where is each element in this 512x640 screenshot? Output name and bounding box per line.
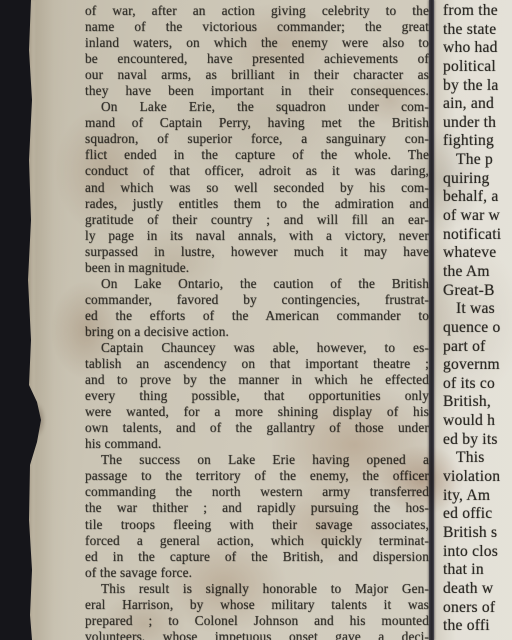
text-line: quiring [443,170,512,189]
text-line: that in [443,561,512,580]
text-line: ed in the capture of the British, and di… [85,549,429,565]
text-line: the offi [443,617,512,636]
text-line: into clos [443,543,512,562]
text-line: On Lake Ontario, the caution of the Brit… [85,276,429,292]
text-line: ed the efforts of the American commander… [85,308,429,324]
newspaper-scan: of war, after an action giving celebrity… [0,0,512,640]
text-line: rades, justly entitles them to the admir… [85,196,429,212]
text-line: would h [443,412,512,431]
text-line: from the [443,2,512,21]
text-line: ed by its [443,431,512,450]
paper-edge-crease [26,392,52,450]
newspaper-page: of war, after an action giving celebrity… [24,0,512,640]
text-line: were wanted, for a more shining display … [85,404,429,420]
text-line: the Am [443,263,512,282]
text-line: prepared ; to Colonel Johnson and his mo… [85,613,429,629]
text-line: every thing possible, that opportunities… [85,388,429,404]
text-line: squadron, of superior force, a sanguinar… [85,131,429,147]
text-line: of war w [443,207,512,226]
text-line: The success on Lake Erie having opened a [85,452,429,468]
text-line: been in magnitude. [85,260,429,276]
text-line: It was [443,300,512,319]
text-line: gratitude of their country ; and will fi… [85,212,429,228]
text-line: violation [443,468,512,487]
right-text-column-clipped: from thethe statewho hadpoliticalby the … [443,2,512,636]
text-line: tile troops fleeing with their savage as… [85,517,429,533]
text-line: the war thither ; and rapidly pursuing t… [85,500,429,516]
text-line: eral Harrison, by whose military talents… [85,597,429,613]
text-line: name of the victorious commander; the gr… [85,19,429,35]
text-line: Great-B [443,282,512,301]
text-line: own talents, and of the gallantry of tho… [85,420,429,436]
text-line: under th [443,114,512,133]
text-line: behalf, a [443,188,512,207]
text-line: of the savage force. [85,565,429,581]
text-line: The p [443,151,512,170]
paper-edge-shadow [24,0,86,640]
text-line: ity, Am [443,487,512,506]
column-divider-rule [429,0,434,640]
text-line: volunteers, whose impetuous onset gave a… [85,629,429,640]
text-line: tablish an ascendency on that important … [85,356,429,372]
text-line: passage to the territory of the enemy, t… [85,468,429,484]
text-line: part of [443,338,512,357]
text-line: they have been important in their conseq… [85,83,429,99]
text-line: mand of Captain Perry, having met the Br… [85,115,429,131]
text-line: Captain Chauncey was able, however, to e… [85,340,429,356]
text-line: whateve [443,244,512,263]
text-line: of its co [443,375,512,394]
text-line: who had [443,39,512,58]
text-line: and to prove by the manner in which he e… [85,372,429,388]
text-line: forced a general action, which quickly t… [85,533,429,549]
text-line: bring on a decisive action. [85,324,429,340]
text-line: inland waters, on which the enemy were a… [85,35,429,51]
text-line: by the la [443,77,512,96]
text-line: commanding the north western army transf… [85,484,429,500]
text-line: On Lake Erie, the squadron under com- [85,99,429,115]
text-line: our naval arms, as brilliant in their ch… [85,67,429,83]
text-line: and which was so well seconded by his co… [85,180,429,196]
left-text-column: of war, after an action giving celebrity… [85,3,429,640]
text-line: quence o [443,319,512,338]
text-line: surpassed in lustre, however much it may… [85,244,429,260]
text-line: ly page in its naval annals, with a vict… [85,228,429,244]
text-line: governm [443,356,512,375]
text-line: fighting [443,132,512,151]
text-line: death w [443,580,512,599]
text-line: of war, after an action giving celebrity… [85,3,429,19]
text-line: political [443,58,512,77]
text-line: British, [443,393,512,412]
text-line: notificati [443,226,512,245]
text-line: oners of [443,599,512,618]
text-line: be encountered, have presented achieveme… [85,51,429,67]
text-line: ain, and [443,95,512,114]
text-line: his command. [85,436,429,452]
text-line: flict ended in the capture of the whole.… [85,147,429,163]
text-line: conduct of that officer, adroit as it wa… [85,163,429,179]
text-line: ed offic [443,505,512,524]
text-line: commander, favored by contingencies, fru… [85,292,429,308]
text-line: This result is signally honorable to Maj… [85,581,429,597]
text-line: British s [443,524,512,543]
text-line: This [443,449,512,468]
text-line: the state [443,21,512,40]
